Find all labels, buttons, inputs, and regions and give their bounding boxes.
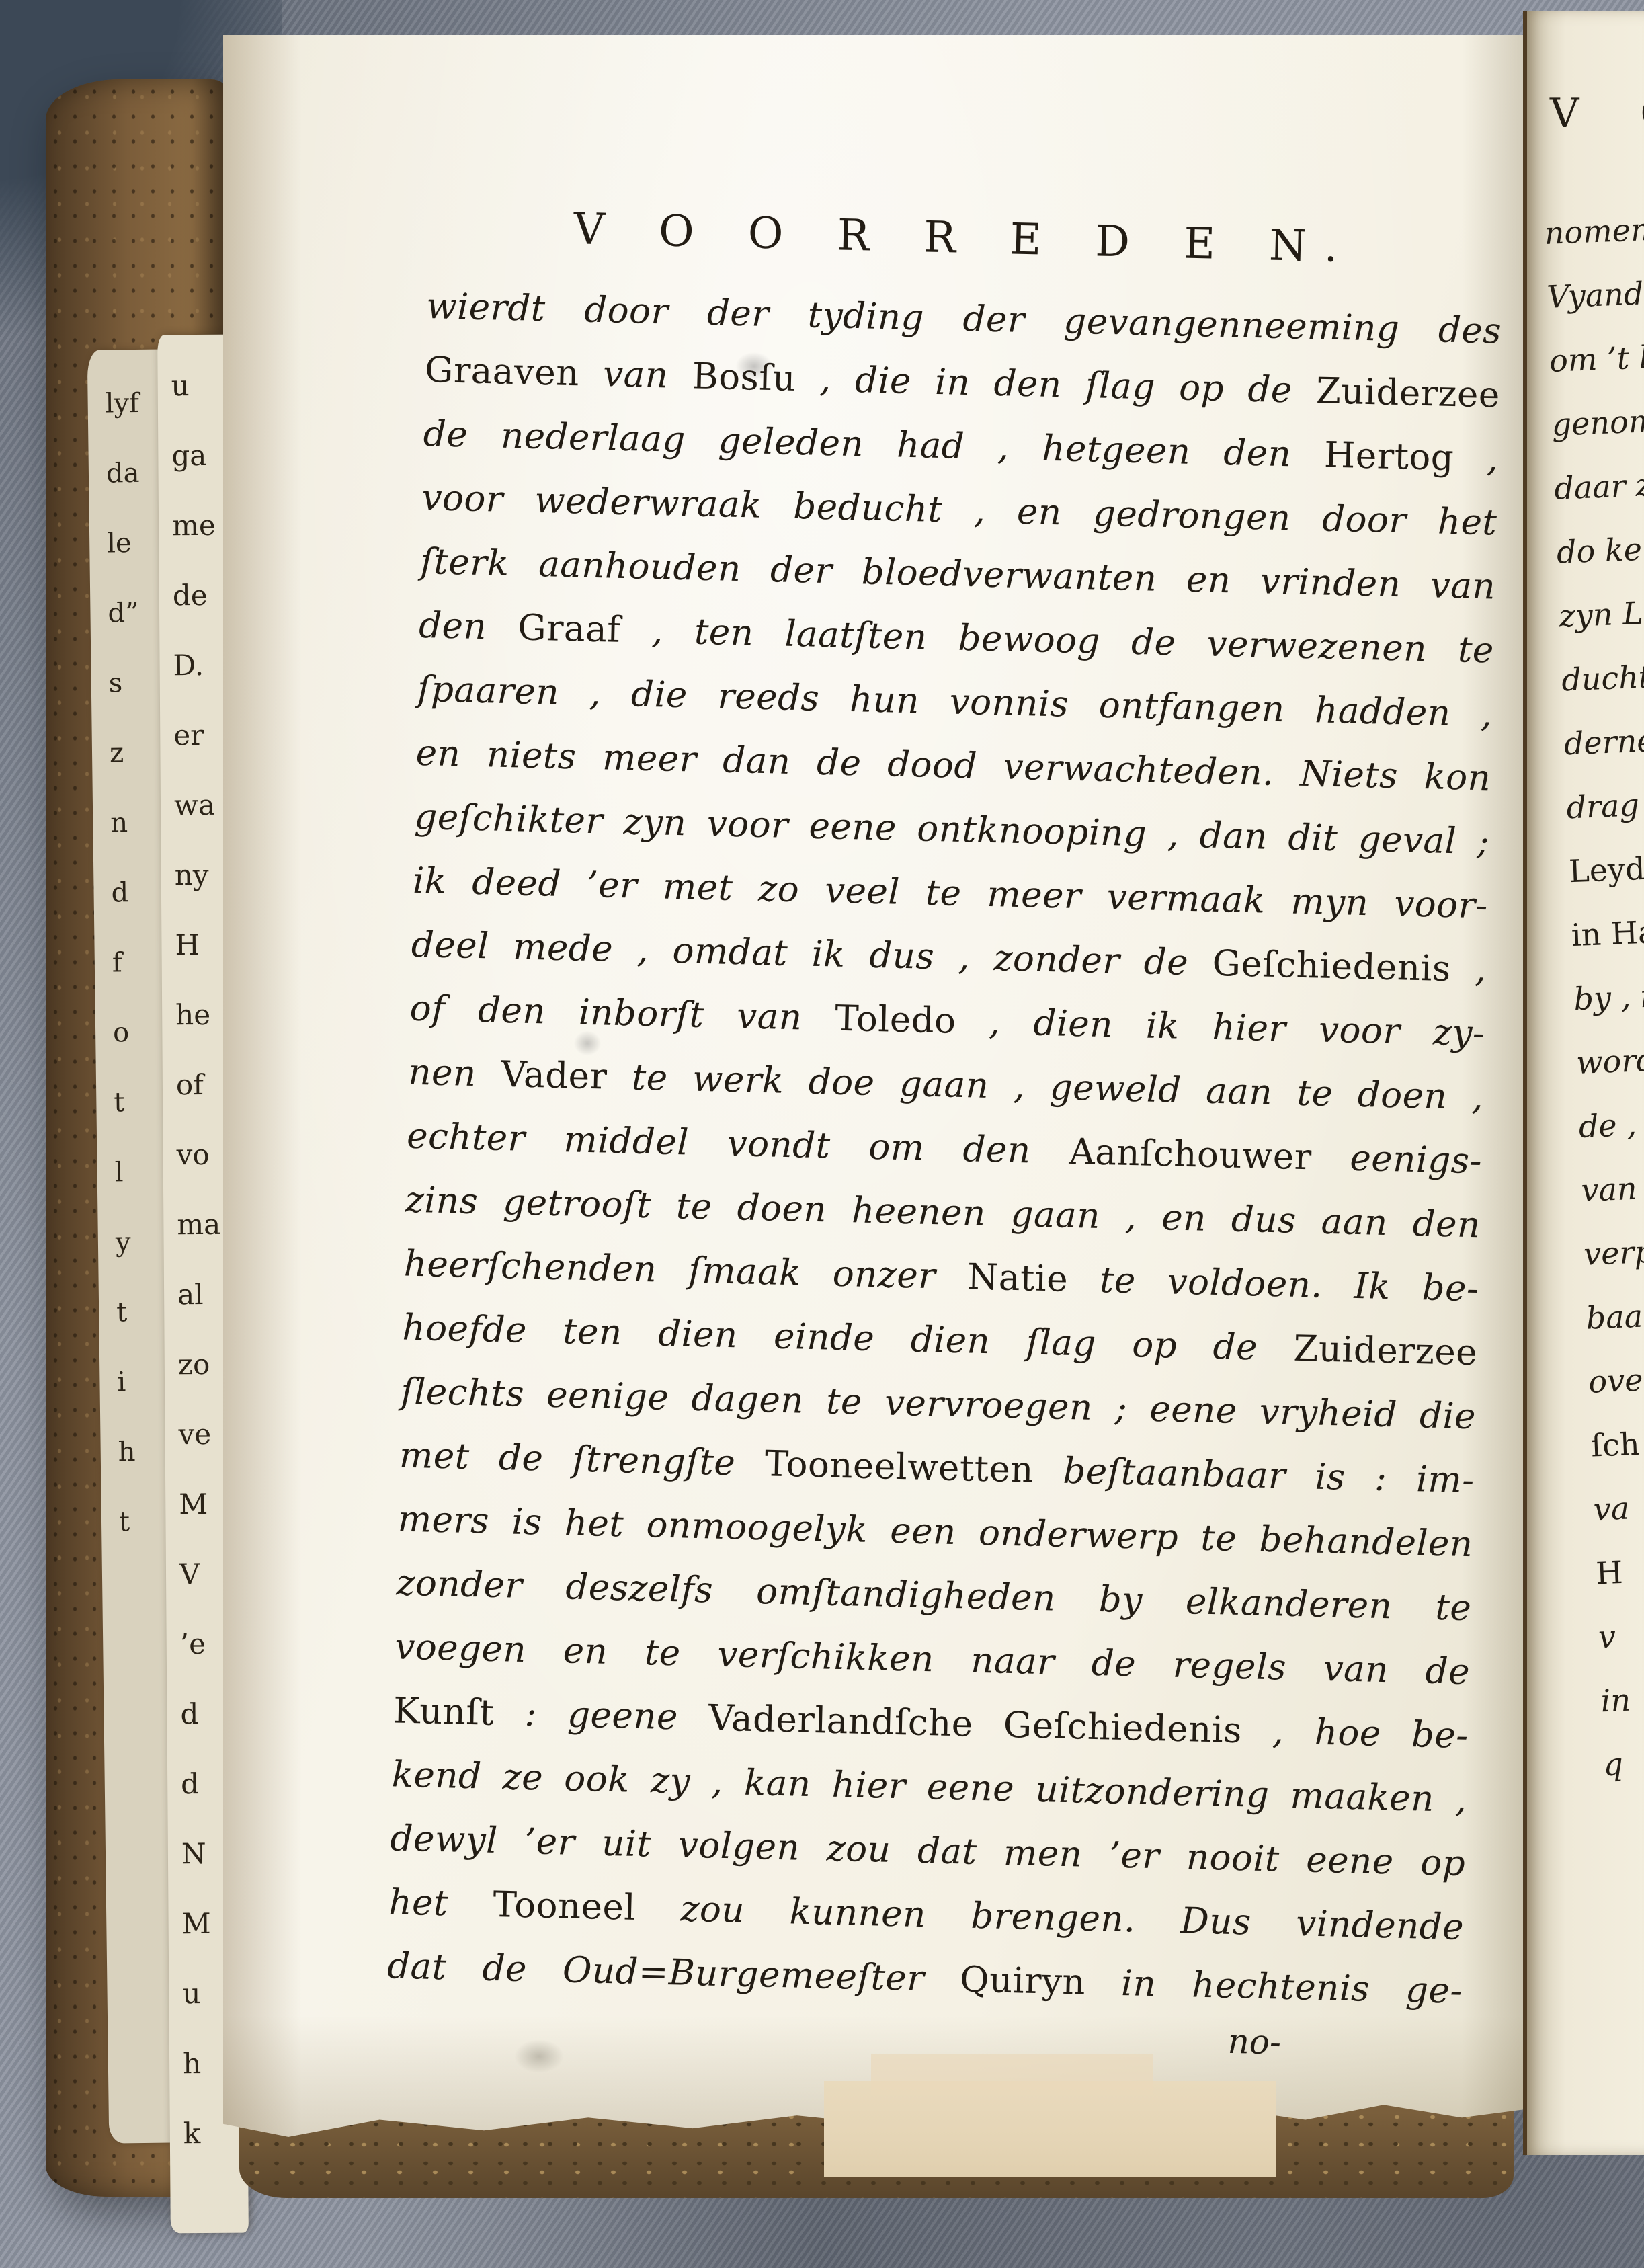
text-line-fragment: van	[1580, 1155, 1644, 1223]
text-line-fragment: derneer	[1563, 708, 1644, 776]
next-page-text-fragments: nomen zVyand lom ’t levgenomendaar zido …	[1543, 198, 1644, 1797]
book-page: V O O R R E D E N. wierdt door der tydin…	[223, 35, 1527, 2164]
page-title: V O O R R E D E N.	[427, 204, 1504, 273]
text-line-fragment: om ’t lev	[1548, 325, 1644, 393]
text-line-fragment: ove	[1588, 1346, 1644, 1414]
page-text-block: V O O R R E D E N. wierdt door der tydin…	[386, 204, 1504, 2066]
text-line-fragment: genomen	[1551, 389, 1644, 457]
text-line-fragment: Leyd	[1567, 836, 1644, 903]
smudge-patch-detail	[871, 2054, 1153, 2095]
text-line-fragment: baar	[1585, 1283, 1644, 1350]
book-photo: lyfdaled”szndfotlytiht ugamedeD.erwanyHh…	[0, 0, 1644, 2268]
text-line-fragment: v	[1597, 1601, 1644, 1669]
text-line-fragment: ducht n	[1561, 645, 1644, 713]
text-line-fragment: nomen z	[1543, 198, 1644, 266]
text-line-fragment: va	[1592, 1474, 1644, 1542]
text-line-fragment: in Ha	[1570, 899, 1644, 967]
text-line-fragment: verp	[1582, 1219, 1644, 1287]
text-line-fragment: ſch	[1590, 1410, 1644, 1478]
next-page-edge: V O nomen zVyand lom ’t levgenomendaar z…	[1523, 11, 1644, 2155]
text-line-fragment: Vyand l	[1546, 261, 1644, 329]
text-line-fragment: in	[1600, 1665, 1644, 1733]
text-line-fragment: H	[1595, 1538, 1644, 1606]
next-page-title-fragment: V O	[1550, 90, 1644, 137]
text-line-fragment: drag l	[1565, 772, 1644, 840]
text-line-fragment: zyn Le	[1558, 581, 1644, 649]
smudge-patch	[824, 2081, 1276, 2177]
body-text: wierdt door der tyding der gevangenneemi…	[386, 274, 1502, 2023]
text-line-fragment: do ken	[1555, 517, 1644, 585]
text-line-fragment: daar zi	[1553, 453, 1644, 521]
text-line-fragment: de ,	[1577, 1091, 1644, 1159]
text-line-fragment: by , in	[1573, 963, 1644, 1031]
text-line-fragment: word	[1575, 1027, 1644, 1095]
text-line-fragment: q	[1602, 1729, 1644, 1797]
